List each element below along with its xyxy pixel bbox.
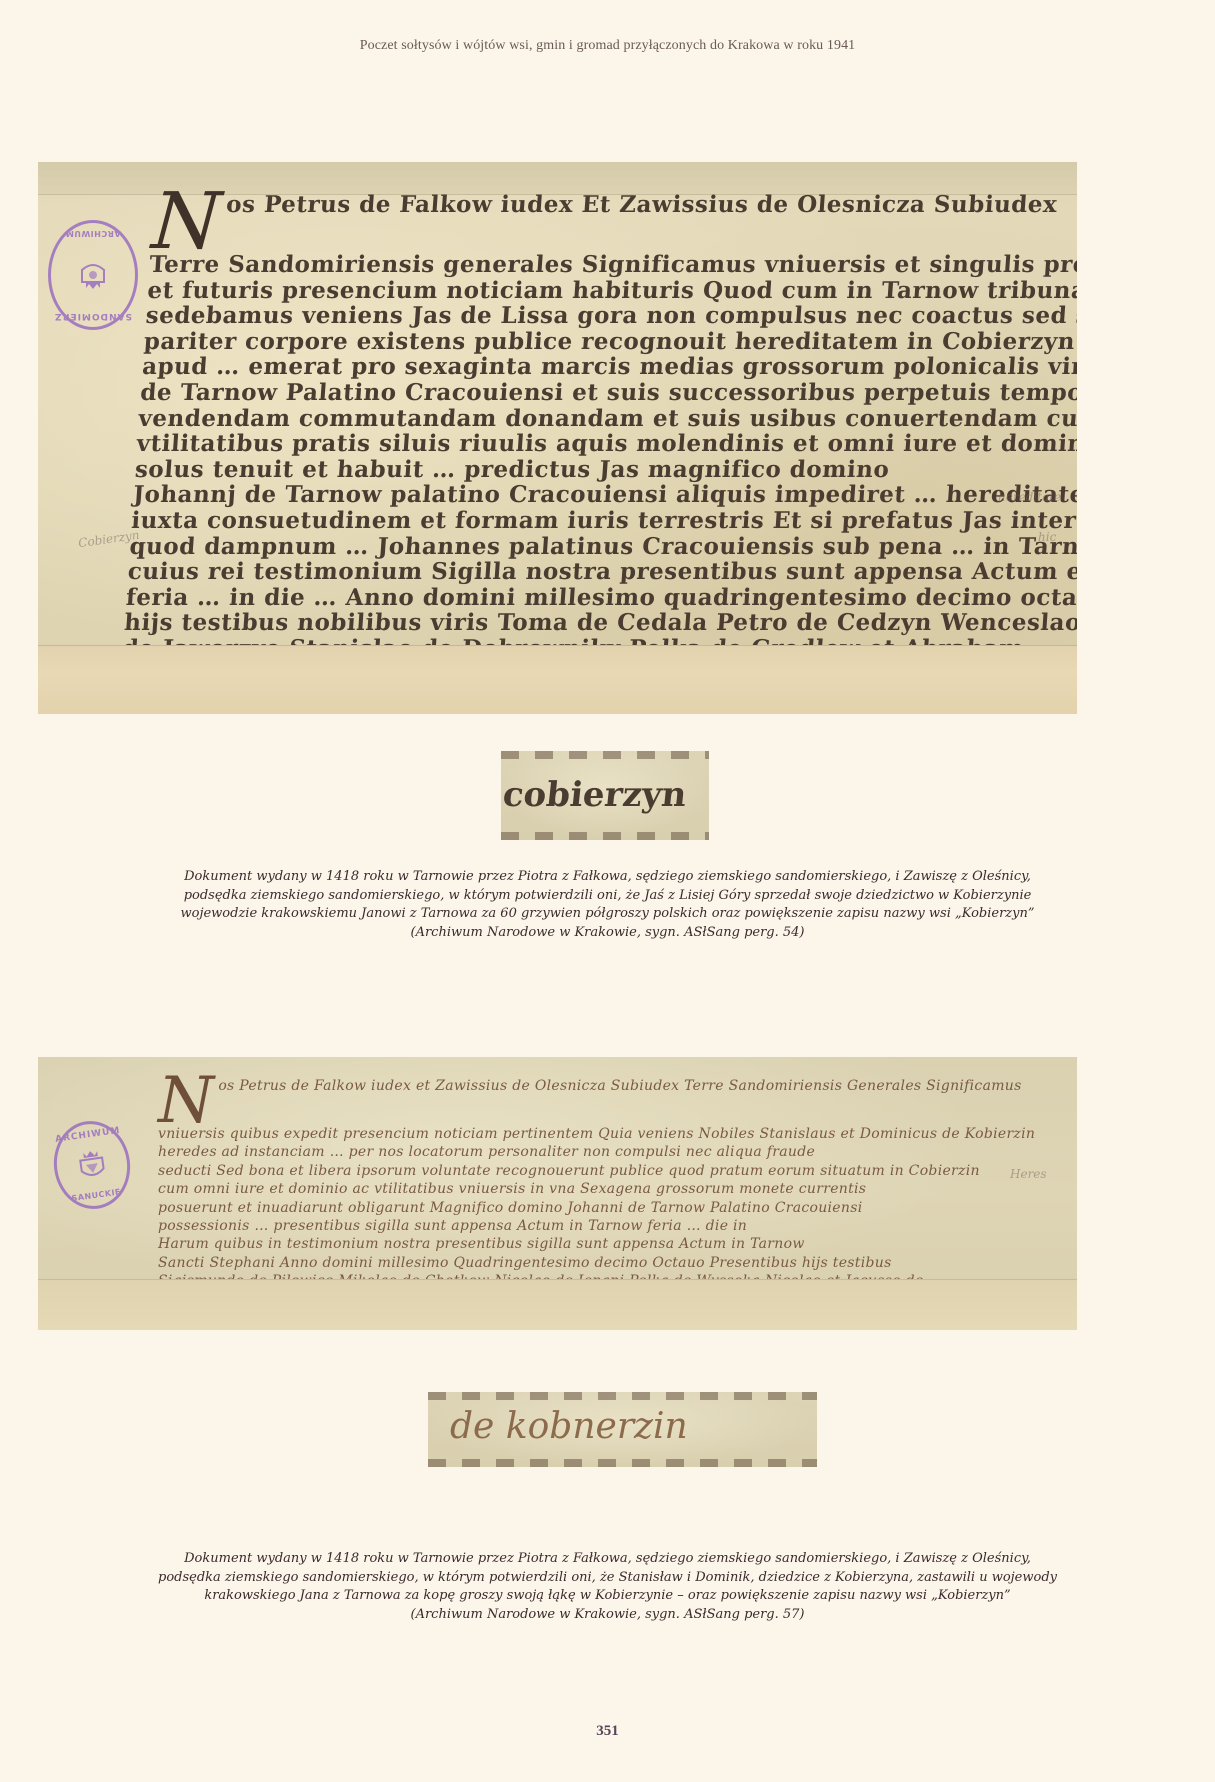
caption-line: podsędka ziemskiego sandomierskiego, w k… bbox=[0, 1569, 1215, 1588]
decorated-initial: N bbox=[158, 1077, 214, 1125]
detail-crop-image-2: de kobnerzin bbox=[428, 1392, 817, 1467]
manuscript-text: Nos Petrus de Falkow iudex Et Zawissius … bbox=[122, 192, 1077, 662]
caption-line: krakowskiego Jana z Tarnowa za kopę gros… bbox=[0, 1587, 1215, 1606]
script-line: pariter corpore existens publice recogno… bbox=[143, 328, 1077, 355]
script-line: solus tenuit et habuit … predictus Jas m… bbox=[134, 456, 890, 483]
script-line: hijs testibus nobilibus viris Toma de Ce… bbox=[123, 609, 1077, 636]
script-line: de Tarnow Palatino Cracouiensi et suis s… bbox=[139, 379, 1077, 406]
script-line: iuxta consuetudinem et formam iuris terr… bbox=[131, 507, 1077, 534]
coat-of-arms-icon bbox=[75, 1146, 109, 1184]
stamp-top-text: SANDOMIERZ bbox=[51, 311, 135, 321]
enlarged-word: de kobnerzin bbox=[450, 1406, 688, 1447]
script-line: Sancti Stephani Anno domini millesimo Qu… bbox=[158, 1255, 892, 1271]
script-line: possessionis … presentibus sigilla sunt … bbox=[158, 1218, 747, 1234]
ghost-line-above bbox=[428, 1392, 817, 1400]
archive-stamp-icon: ARCHIWUM SANUCKIE bbox=[48, 1116, 136, 1214]
stamp-top-text: ARCHIWUM bbox=[52, 1125, 123, 1145]
margin-note: hic bbox=[1038, 530, 1056, 544]
script-line: Johannj de Tarnow palatino Cracouiensi a… bbox=[132, 481, 1077, 508]
script-line: Harum quibus in testimonium nostra prese… bbox=[158, 1236, 805, 1252]
script-line: Terre Sandomiriensis generales Significa… bbox=[148, 251, 1077, 278]
manuscript-text: Nos Petrus de Falkow iudex et Zawissius … bbox=[158, 1077, 1035, 1309]
script-line: apud … emerat pro sexaginta marcis media… bbox=[141, 353, 1077, 380]
script-line: vtilitatibus pratis siluis riuulis aquis… bbox=[136, 430, 1077, 457]
figure-caption-2: Dokument wydany w 1418 roku w Tarnowie p… bbox=[0, 1550, 1215, 1624]
parchment-fold bbox=[38, 1279, 1077, 1330]
margin-note: Heres bbox=[1010, 1167, 1047, 1181]
script-line: feria … in die … Anno domini millesimo q… bbox=[125, 584, 1077, 611]
script-line: quod dampnum … Johannes palatinus Cracou… bbox=[129, 533, 1077, 560]
coat-of-arms-icon bbox=[78, 258, 108, 292]
caption-line: Dokument wydany w 1418 roku w Tarnowie p… bbox=[0, 868, 1215, 887]
enlarged-word: cobierzyn bbox=[501, 775, 689, 815]
archive-stamp-icon: SANDOMIERZ ARCHIWUM bbox=[48, 220, 138, 330]
stamp-bottom-text: SANUCKIE bbox=[61, 1186, 132, 1205]
caption-source: (Archiwum Narodowe w Krakowie, sygn. ASł… bbox=[0, 924, 1215, 943]
decorated-initial: N bbox=[150, 192, 223, 252]
stamp-bottom-text: ARCHIWUM bbox=[51, 229, 135, 238]
ghost-line-below bbox=[428, 1459, 817, 1467]
ghost-line-below bbox=[501, 832, 709, 840]
script-line: cum omni iure et dominio ac vtilitatibus… bbox=[158, 1181, 866, 1197]
ghost-line-above bbox=[501, 751, 709, 759]
script-line: sedebamus veniens Jas de Lissa gora non … bbox=[145, 302, 1077, 329]
script-line: heredes ad instanciam … per nos locatoru… bbox=[158, 1144, 815, 1160]
caption-source: (Archiwum Narodowe w Krakowie, sygn. ASł… bbox=[0, 1606, 1215, 1625]
script-line: vniuersis quibus expedit presencium noti… bbox=[158, 1126, 1035, 1142]
script-line: os Petrus de Falkow iudex Et Zawissius d… bbox=[225, 191, 1058, 218]
parchment-fold bbox=[38, 645, 1077, 714]
detail-crop-image-1: cobierzyn bbox=[501, 751, 709, 840]
script-line: os Petrus de Falkow iudex et Zawissius d… bbox=[218, 1078, 1021, 1094]
margin-note: hereditate bbox=[998, 490, 1061, 504]
manuscript-image-1: SANDOMIERZ ARCHIWUM Nos Petrus de Falkow… bbox=[38, 162, 1077, 714]
script-line: et futuris presencium noticiam habituris… bbox=[147, 277, 1077, 304]
running-header: Poczet sołtysów i wójtów wsi, gmin i gro… bbox=[0, 38, 1215, 54]
script-line: vendendam commutandam donandam et suis u… bbox=[138, 405, 1077, 432]
script-line: posuerunt et inuadiarunt obligarunt Magn… bbox=[158, 1200, 862, 1216]
caption-line: podsędka ziemskiego sandomierskiego, w k… bbox=[0, 887, 1215, 906]
script-line: cuius rei testimonium Sigilla nostra pre… bbox=[127, 558, 1077, 585]
script-line: seducti Sed bona et libera ipsorum volun… bbox=[158, 1163, 980, 1179]
manuscript-image-2: ARCHIWUM SANUCKIE Nos Petrus de Falkow i… bbox=[38, 1057, 1077, 1330]
figure-caption-1: Dokument wydany w 1418 roku w Tarnowie p… bbox=[0, 868, 1215, 942]
caption-line: Dokument wydany w 1418 roku w Tarnowie p… bbox=[0, 1550, 1215, 1569]
caption-line: wojewodzie krakowskiemu Janowi z Tarnowa… bbox=[0, 905, 1215, 924]
page-number: 351 bbox=[0, 1723, 1215, 1740]
